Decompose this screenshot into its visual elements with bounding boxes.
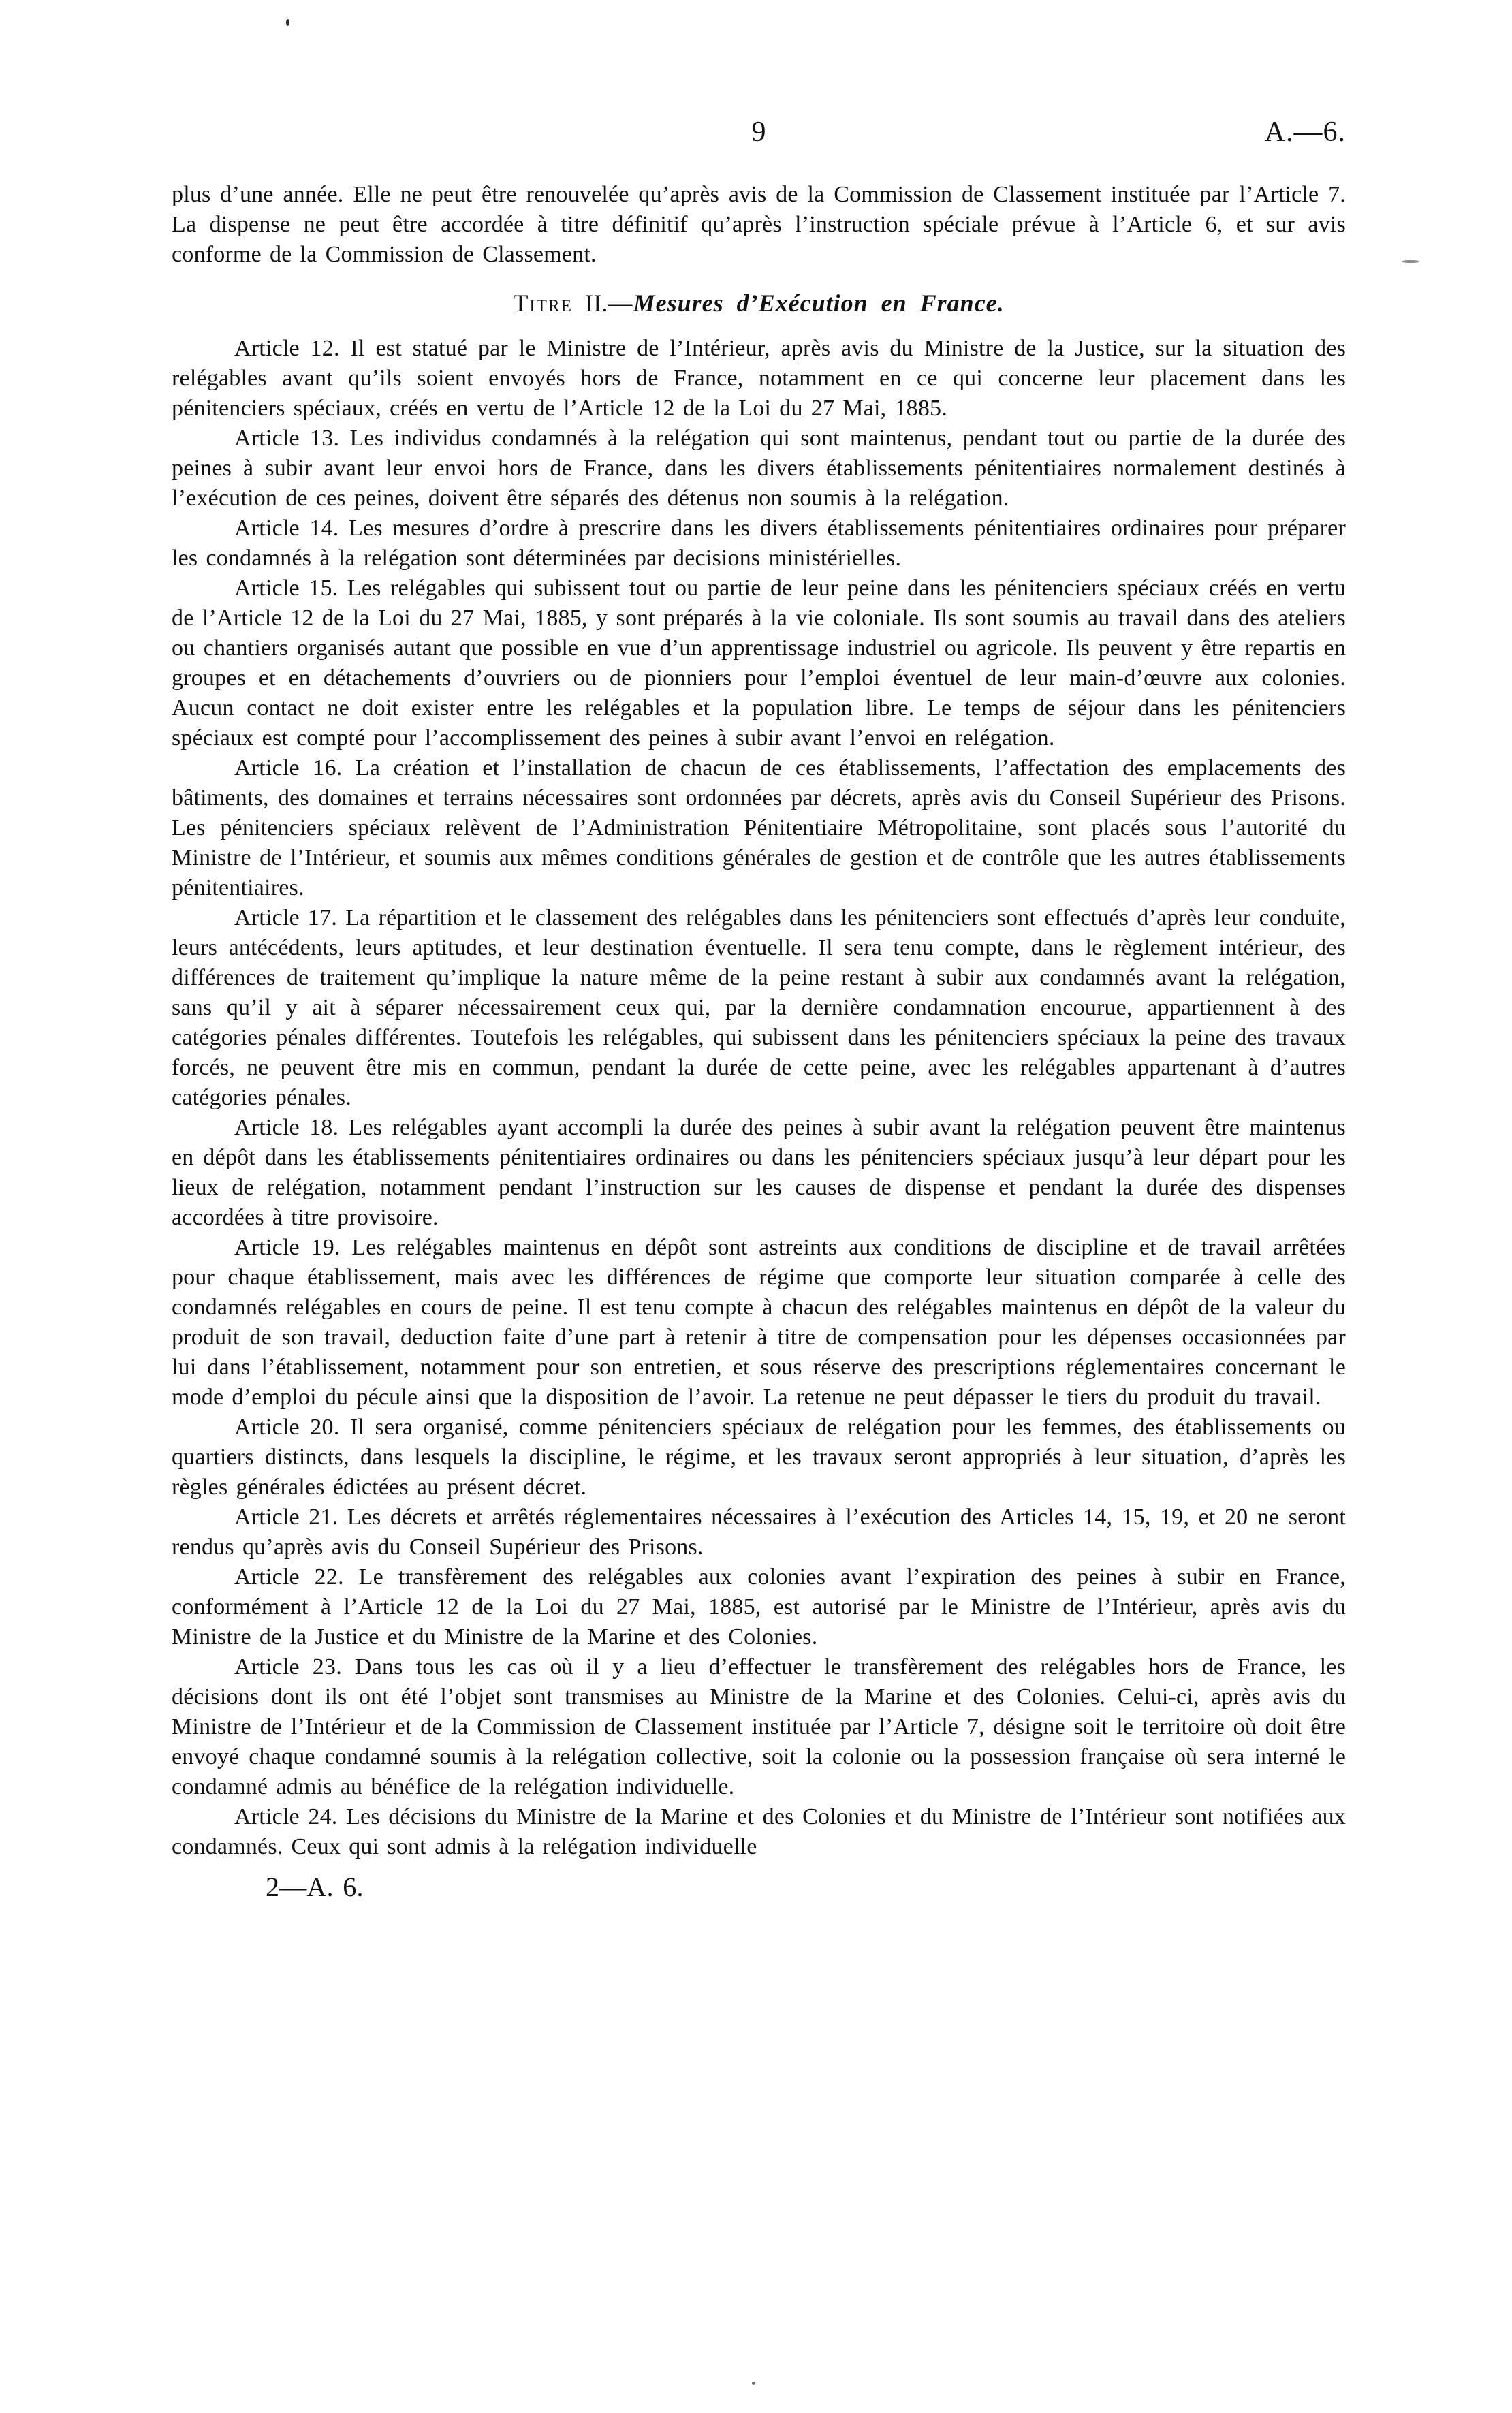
article-number: Article 24.: [234, 1804, 337, 1829]
article-number: Article 19.: [234, 1235, 341, 1260]
section-heading-numeral: II.: [573, 289, 608, 317]
article-paragraph-18: Article 18. Les relégables ayant accompl…: [172, 1113, 1346, 1233]
article-number: Article 18.: [234, 1115, 338, 1140]
article-text: Les décisions du Ministre de la Marine e…: [172, 1804, 1346, 1859]
article-text: La création et l’installation de chacun …: [172, 755, 1346, 900]
section-heading-label: Titre: [513, 289, 573, 317]
article-paragraph-14: Article 14. Les mesures d’ordre à prescr…: [172, 514, 1346, 573]
document-page: 9 A.—6. plus d’une année. Elle ne peut ê…: [0, 0, 1512, 2413]
article-text: Les décrets et arrêtés réglementaires né…: [172, 1504, 1346, 1560]
article-text: Les mesures d’ordre à prescrire dans les…: [172, 516, 1346, 571]
article-paragraph-15: Article 15. Les relégables qui subissent…: [172, 573, 1346, 753]
article-paragraph-13: Article 13. Les individus condamnés à la…: [172, 424, 1346, 514]
article-paragraph-24: Article 24. Les décisions du Ministre de…: [172, 1802, 1346, 1862]
section-heading: Titre II.—Mesures d’Exécution en France.: [172, 287, 1346, 319]
article-text: La répartition et le classement des relé…: [172, 905, 1346, 1110]
running-head: 9 A.—6.: [172, 114, 1346, 154]
article-paragraph-17: Article 17. La répartition et le classem…: [172, 903, 1346, 1113]
intro-paragraph: plus d’une année. Elle ne peut être reno…: [172, 180, 1346, 270]
article-paragraph-16: Article 16. La création et l’installatio…: [172, 753, 1346, 903]
article-text: Il est statué par le Ministre de l’Intér…: [172, 336, 1346, 421]
article-text: Dans tous les cas où il y a lieu d’effec…: [172, 1654, 1346, 1799]
article-text: Il sera organisé, comme pénitenciers spé…: [172, 1415, 1346, 1500]
article-paragraph-23: Article 23. Dans tous les cas où il y a …: [172, 1652, 1346, 1802]
article-paragraph-20: Article 20. Il sera organisé, comme péni…: [172, 1413, 1346, 1502]
article-paragraph-19: Article 19. Les relégables maintenus en …: [172, 1233, 1346, 1413]
article-number: Article 14.: [234, 516, 339, 541]
text-block: 9 A.—6. plus d’une année. Elle ne peut ê…: [172, 114, 1346, 1904]
article-number: Article 15.: [234, 575, 338, 601]
article-number: Article 20.: [234, 1415, 339, 1440]
article-number: Article 23.: [234, 1654, 342, 1679]
article-number: Article 22.: [234, 1564, 344, 1590]
article-number: Article 17.: [234, 905, 337, 930]
article-number: Article 16.: [234, 755, 342, 780]
article-text: Les relégables qui subissent tout ou par…: [172, 575, 1346, 751]
page-number: 9: [172, 114, 1346, 150]
body-text: plus d’une année. Elle ne peut être reno…: [172, 180, 1346, 1904]
signature-mark: 2—A. 6.: [172, 1870, 1346, 1904]
intro-text: plus d’une année. Elle ne peut être reno…: [172, 182, 1346, 267]
article-text: Les relégables ayant accompli la durée d…: [172, 1115, 1346, 1230]
article-text: Le transfèrement des relégables aux colo…: [172, 1564, 1346, 1650]
section-heading-title: —Mesures d’Exécution en France.: [608, 289, 1005, 317]
article-text: Les relégables maintenus en dépôt sont a…: [172, 1235, 1346, 1410]
document-reference: A.—6.: [1265, 114, 1346, 150]
article-number: Article 21.: [234, 1504, 338, 1530]
article-number: Article 13.: [234, 426, 339, 451]
article-paragraph-21: Article 21. Les décrets et arrêtés régle…: [172, 1502, 1346, 1562]
article-paragraph-22: Article 22. Le transfèrement des relégab…: [172, 1562, 1346, 1652]
scan-speck: [752, 2382, 755, 2385]
scan-speck: [1402, 260, 1419, 263]
article-paragraph-12: Article 12. Il est statué par le Ministr…: [172, 334, 1346, 424]
article-number: Article 12.: [234, 336, 340, 361]
article-text: Les individus condamnés à la relégation …: [172, 426, 1346, 511]
scan-speck: [286, 19, 289, 26]
